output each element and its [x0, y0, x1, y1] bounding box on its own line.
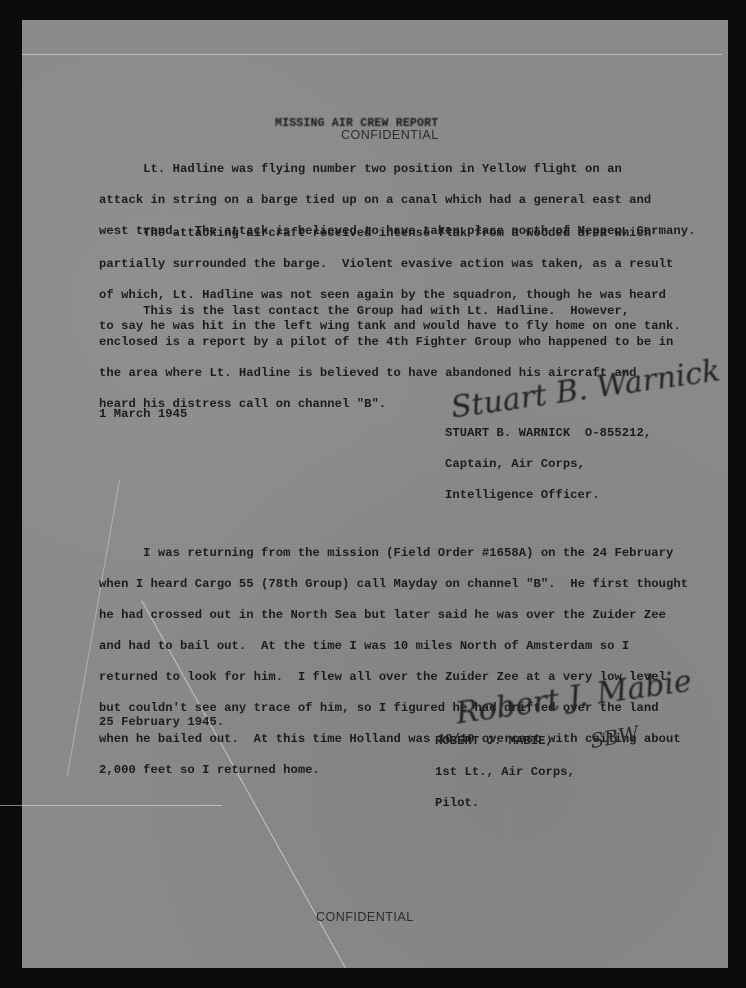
- film-scratch: [0, 805, 222, 806]
- text-line: he had crossed out in the North Sea but …: [99, 608, 688, 624]
- signer-block-warnick: STUART B. WARNICK O-855212, Captain, Air…: [445, 410, 651, 519]
- signer-name: STUART B. WARNICK O-855212,: [445, 426, 651, 442]
- text-line: partially surrounded the barge. Violent …: [99, 257, 681, 273]
- text-line: and had to bail out. At the time I was 1…: [99, 639, 688, 655]
- confidential-stamp-bottom: CONFIDENTIAL: [316, 910, 414, 924]
- signer-title: Intelligence Officer.: [445, 488, 651, 504]
- text-line: when I heard Cargo 55 (78th Group) call …: [99, 577, 688, 593]
- text-line: Lt. Hadline was flying number two positi…: [99, 162, 695, 178]
- film-scratch: [22, 54, 722, 55]
- text-line: This is the last contact the Group had w…: [99, 304, 673, 320]
- text-line: enclosed is a report by a pilot of the 4…: [99, 335, 673, 351]
- signer-name: ROBERT J. MABIE,: [435, 734, 575, 750]
- text-line: 2,000 feet so I returned home.: [99, 763, 688, 779]
- date-section1: 1 March 1945: [99, 407, 187, 423]
- date-section2: 25 February 1945.: [99, 715, 224, 731]
- text-line: I was returning from the mission (Field …: [99, 546, 688, 562]
- signer-block-mabie: ROBERT J. MABIE, 1st Lt., Air Corps, Pil…: [435, 718, 575, 827]
- confidential-stamp-top: CONFIDENTIAL: [341, 128, 439, 142]
- signer-rank: Captain, Air Corps,: [445, 457, 651, 473]
- text-line: The attacking aircraft received intense …: [99, 226, 681, 242]
- signer-rank: 1st Lt., Air Corps,: [435, 765, 575, 781]
- paragraph-pilot-statement: I was returning from the mission (Field …: [99, 530, 688, 794]
- signer-title: Pilot.: [435, 796, 575, 812]
- text-line: attack in string on a barge tied up on a…: [99, 193, 695, 209]
